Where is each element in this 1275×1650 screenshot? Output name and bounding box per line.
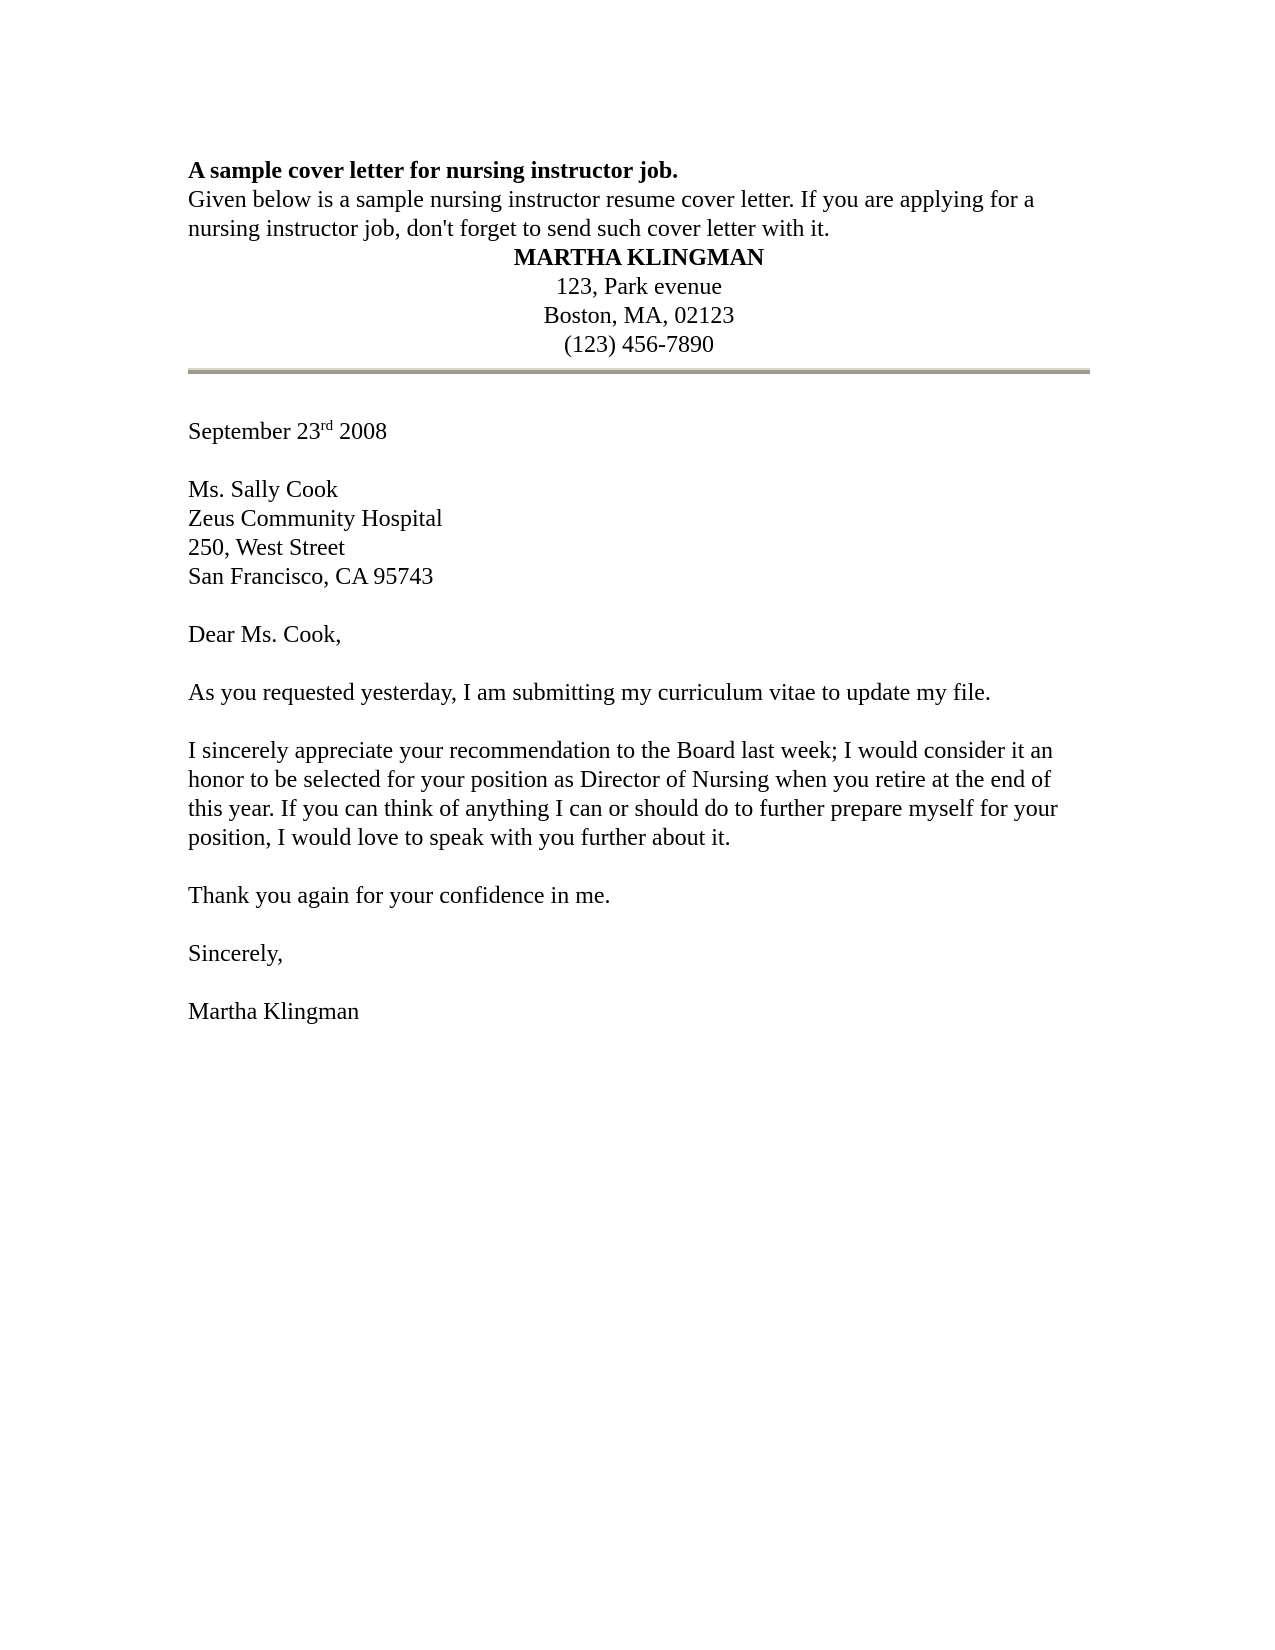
intro-description: Given below is a sample nursing instruct… bbox=[188, 186, 1090, 244]
date-ordinal-suffix: rd bbox=[321, 418, 334, 434]
horizontal-divider bbox=[188, 368, 1090, 374]
sender-address-line1: 123, Park evenue bbox=[188, 273, 1090, 302]
sender-block: MARTHA KLINGMAN 123, Park evenue Boston,… bbox=[188, 244, 1090, 360]
body-paragraph-1: As you requested yesterday, I am submitt… bbox=[188, 679, 1090, 708]
date-day: September 23 bbox=[188, 419, 321, 445]
body-paragraph-2: I sincerely appreciate your recommendati… bbox=[188, 737, 1090, 853]
salutation: Dear Ms. Cook, bbox=[188, 621, 1090, 650]
sender-name: MARTHA KLINGMAN bbox=[188, 244, 1090, 273]
intro-heading: A sample cover letter for nursing instru… bbox=[188, 157, 1090, 186]
recipient-street: 250, West Street bbox=[188, 534, 1090, 563]
recipient-block: Ms. Sally Cook Zeus Community Hospital 2… bbox=[188, 476, 1090, 592]
cover-letter: A sample cover letter for nursing instru… bbox=[188, 157, 1090, 1027]
recipient-city-state-zip: San Francisco, CA 95743 bbox=[188, 563, 1090, 592]
date-year: 2008 bbox=[333, 419, 387, 445]
signature: Martha Klingman bbox=[188, 998, 1090, 1027]
document-page: A sample cover letter for nursing instru… bbox=[0, 0, 1275, 1650]
letter-date: September 23rd 2008 bbox=[188, 418, 1090, 447]
recipient-name: Ms. Sally Cook bbox=[188, 476, 1090, 505]
sender-phone: (123) 456-7890 bbox=[188, 331, 1090, 360]
recipient-organization: Zeus Community Hospital bbox=[188, 505, 1090, 534]
sender-address-line2: Boston, MA, 02123 bbox=[188, 302, 1090, 331]
body-paragraph-3: Thank you again for your confidence in m… bbox=[188, 882, 1090, 911]
closing: Sincerely, bbox=[188, 940, 1090, 969]
